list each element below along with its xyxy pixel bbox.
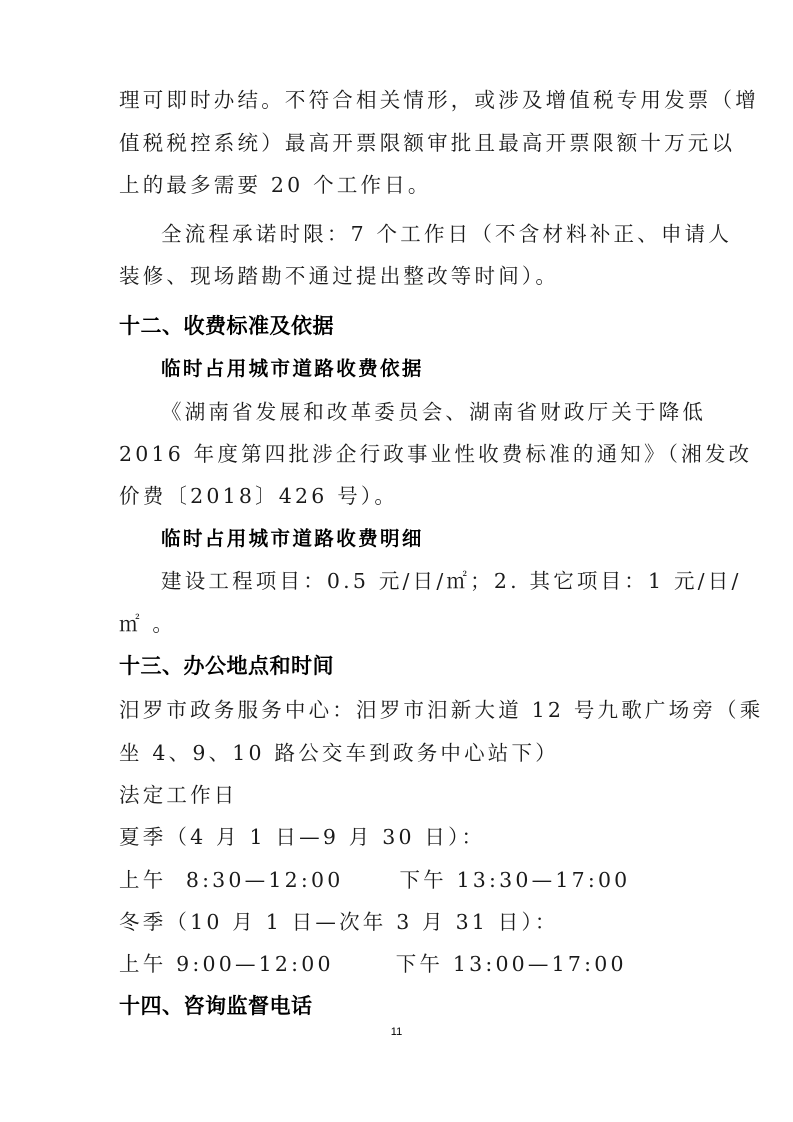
body-text-line: 理可即时办结。不符合相关情形，或涉及增值税专用发票（增 bbox=[119, 86, 759, 114]
winter-afternoon-hours: 下午 13:00—17:00 bbox=[396, 952, 627, 976]
address-line: 汨罗市政务服务中心：汨罗市汨新大道 12 号九歌广场旁（乘 bbox=[119, 696, 763, 724]
section-heading-12: 十二、收费标准及依据 bbox=[119, 312, 334, 340]
summer-afternoon-hours: 下午 13:30—17:00 bbox=[399, 868, 630, 892]
fee-detail-line: ㎡ 。 bbox=[119, 610, 176, 638]
body-text-line: 值税税控系统）最高开票限额审批且最高开票限额十万元以 bbox=[119, 129, 735, 157]
section-heading-13: 十三、办公地点和时间 bbox=[119, 652, 334, 680]
promise-limit-line: 全流程承诺时限：7 个工作日（不含材料补正、申请人 bbox=[161, 220, 732, 248]
fee-basis-line: 价费〔2018〕426 号）。 bbox=[119, 482, 398, 510]
winter-morning-hours: 上午 9:00—12:00 bbox=[119, 952, 334, 976]
promise-limit-line: 装修、现场踏勘不通过提出整改等时间）。 bbox=[119, 262, 559, 290]
address-line: 坐 4、9、10 路公交车到政务中心站下） bbox=[119, 739, 559, 767]
winter-hours: 上午 9:00—12:00下午 13:00—17:00 bbox=[119, 950, 627, 978]
fee-detail-title: 临时占用城市道路收费明细 bbox=[161, 525, 424, 553]
winter-season-label: 冬季（10 月 1 日—次年 3 月 31 日）： bbox=[119, 908, 559, 936]
body-text-line: 上的最多需要 20 个工作日。 bbox=[119, 171, 432, 199]
document-page: 理可即时办结。不符合相关情形，或涉及增值税专用发票（增 值税税控系统）最高开票限… bbox=[0, 0, 793, 1122]
fee-basis-line: 《湖南省发展和改革委员会、湖南省财政厅关于降低 bbox=[161, 398, 706, 426]
workday-label: 法定工作日 bbox=[119, 781, 238, 809]
fee-basis-line: 2016 年度第四批涉企行政事业性收费标准的通知》（湘发改 bbox=[119, 440, 752, 468]
summer-season-label: 夏季（4 月 1 日—9 月 30 日）： bbox=[119, 823, 485, 851]
page-number: 11 bbox=[0, 1026, 793, 1038]
section-heading-14: 十四、咨询监督电话 bbox=[119, 992, 313, 1020]
fee-detail-line: 建设工程项目：0.5 元/日/㎡；2. 其它项目：1 元/日/ bbox=[161, 567, 742, 595]
summer-morning-hours: 上午 8:30—12:00 bbox=[119, 868, 343, 892]
summer-hours: 上午 8:30—12:00下午 13:30—17:00 bbox=[119, 866, 630, 894]
fee-basis-title: 临时占用城市道路收费依据 bbox=[161, 355, 424, 383]
